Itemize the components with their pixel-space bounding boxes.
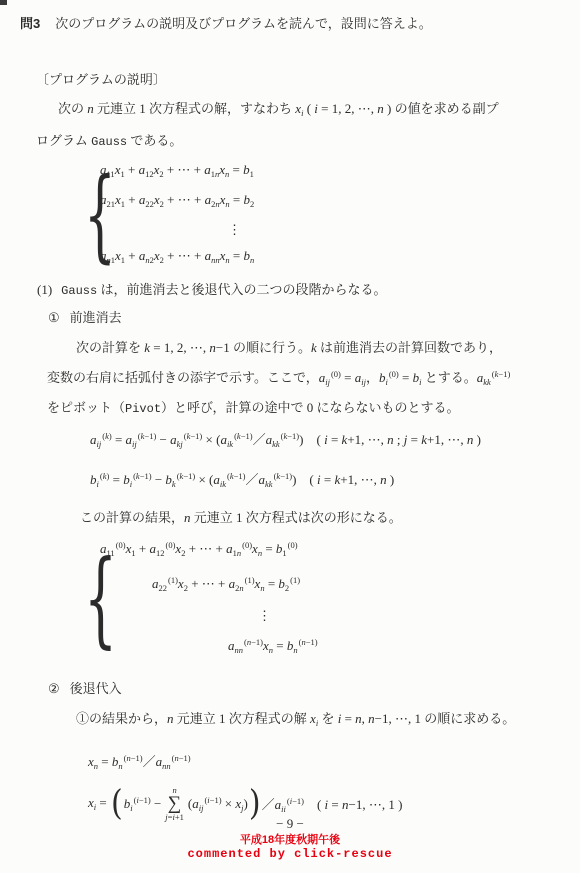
formula-b-update: bi(k) = bi(k−1) − bk(k−1) × (aik(k−1)／ak… <box>90 466 580 495</box>
xi-summand: (aij(i−1) × xj) <box>188 795 248 813</box>
equation-system-initial: { a11x1 + a12x2 + ⋯ + a1nxn = b1 a21x1 +… <box>84 157 580 273</box>
equation-row-n: an1x1 + an2x2 + ⋯ + annxn = bn <box>100 243 254 273</box>
triangular-row-n: ann(n−1)xn = bn(n−1) <box>100 629 318 664</box>
paragraph-line-2: 変数の右肩に括弧付きの添字で示す。ここで，aij(0) = aij，bi(0) … <box>47 361 580 395</box>
vertical-ellipsis: ⋮ <box>100 602 318 629</box>
step-2-heading: ②後退代入 <box>48 680 580 698</box>
intro-line-1: 次の n 元連立 1 次方程式の解，すなわち xi ( i = 1, 2, ⋯,… <box>58 100 580 122</box>
circled-1-marker: ① <box>48 310 60 325</box>
paragraph-line-1: 次の計算を k = 1, 2, ⋯, n−1 の順に行う。k は前進消去の計算回… <box>76 335 580 361</box>
equation-lines: a11(0)x1 + a12(0)x2 + ⋯ + a1n(0)xn = b1(… <box>100 532 318 664</box>
result-intro-text: この計算の結果，n 元連立 1 次方程式は次の形になる。 <box>80 509 580 527</box>
intro-line-2: ログラム Gauss である。 <box>36 132 580 151</box>
question-title-row: 問3次のプログラムの説明及びプログラムを読んで，設問に答えよ。 <box>0 0 580 33</box>
exam-session-stamp: 平成18年度秋期午後 <box>0 833 580 847</box>
forward-elimination-paragraph: 次の計算を k = 1, 2, ⋯, n−1 の順に行う。k は前進消去の計算回… <box>0 335 580 422</box>
sigma-symbol: ∑ <box>168 795 182 812</box>
page-footer: − 9 − 平成18年度秋期午後 commented by click-resc… <box>0 816 580 862</box>
equation-row-2: a21x1 + a22x2 + ⋯ + a2nxn = b2 <box>100 187 254 217</box>
scan-corner-artifact <box>0 0 7 5</box>
question-text: 次のプログラムの説明及びプログラムを読んで，設問に答えよ。 <box>55 16 431 31</box>
equation-system-triangular: { a11(0)x1 + a12(0)x2 + ⋯ + a1n(0)xn = b… <box>84 532 580 664</box>
paragraph-line-3: をピボット（Pivot）と呼び，計算の途中で 0 にならないものとする。 <box>47 395 580 422</box>
list-item-1: (1)Gauss は，前進消去と後退代入の二つの段階からなる。 <box>37 281 580 300</box>
xi-lhs: xi = <box>88 795 107 812</box>
question-number: 問3 <box>20 16 40 31</box>
formula-a-update: aij(k) = aij(k−1) − akj(k−1) × (aik(k−1)… <box>90 426 580 455</box>
exam-document-page: 問3次のプログラムの説明及びプログラムを読んで，設問に答えよ。 〔プログラムの説… <box>0 0 580 873</box>
back-substitution-paragraph: ①の結果から，n 元連立 1 次方程式の解 xi を i = n, n−1, ⋯… <box>0 706 580 736</box>
vertical-ellipsis: ⋮ <box>100 217 254 243</box>
xi-divisor: ／aii(i−1) ( i = n−1, ⋯, 1 ) <box>262 794 403 814</box>
circled-2-marker: ② <box>48 681 60 696</box>
page-number: − 9 − <box>0 816 580 832</box>
step-2-title: 後退代入 <box>70 681 122 696</box>
step-1-heading: ①前進消去 <box>48 309 580 327</box>
xi-minuend: bi(i−1) − <box>124 795 162 813</box>
commenter-stamp: commented by click-rescue <box>0 847 580 862</box>
paragraph-line-1: ①の結果から，n 元連立 1 次方程式の解 xi を i = n, n−1, ⋯… <box>76 706 580 736</box>
left-curly-brace: { <box>84 157 92 273</box>
list-item-1-label: (1) <box>37 282 52 297</box>
left-curly-brace: { <box>84 532 92 664</box>
triangular-row-1: a11(0)x1 + a12(0)x2 + ⋯ + a1n(0)xn = b1(… <box>100 532 318 567</box>
equation-lines: a11x1 + a12x2 + ⋯ + a1nxn = b1 a21x1 + a… <box>100 157 254 273</box>
equation-row-1: a11x1 + a12x2 + ⋯ + a1nxn = b1 <box>100 157 254 187</box>
program-description-heading: 〔プログラムの説明〕 <box>36 71 580 89</box>
list-item-1-text: Gauss は，前進消去と後退代入の二つの段階からなる。 <box>61 282 386 297</box>
step-1-title: 前進消去 <box>70 310 122 325</box>
triangular-row-2: a22(1)x2 + ⋯ + a2n(1)xn = b2(1) <box>100 567 318 602</box>
formula-xn: xn = bn(n−1)／ann(n−1) <box>88 748 580 777</box>
